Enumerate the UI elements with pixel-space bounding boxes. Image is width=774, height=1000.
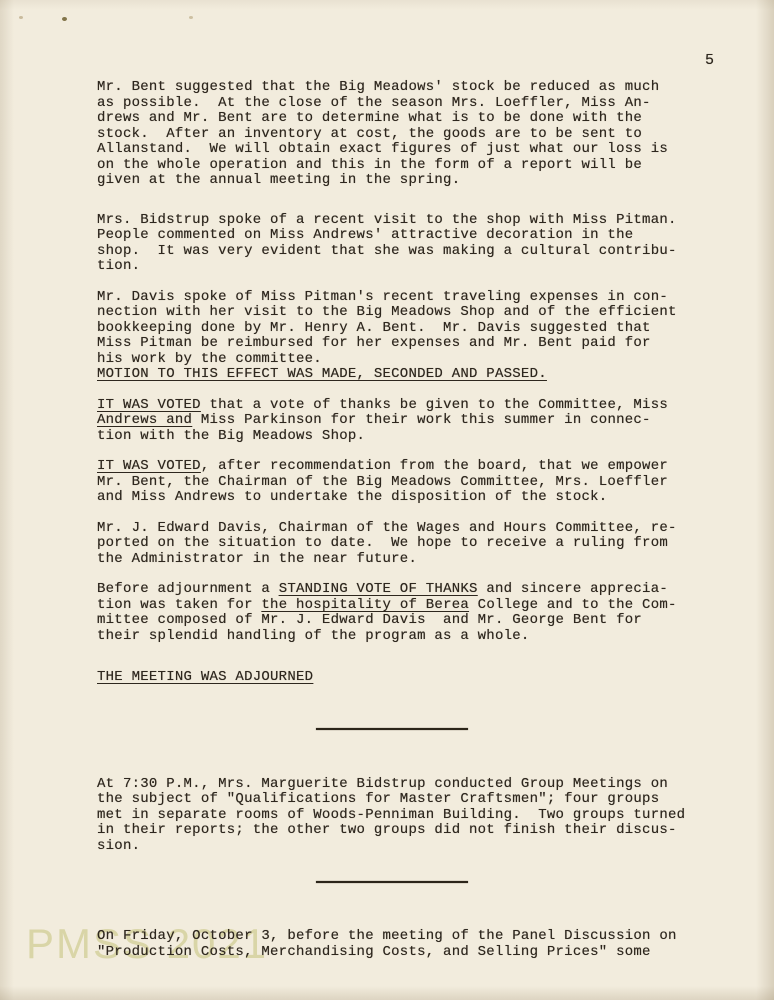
text-line: and Miss Andrews to undertake the dispos… [97, 490, 686, 506]
paragraph: Mr. J. Edward Davis, Chairman of the Wag… [97, 521, 686, 568]
page-number: 5 [705, 52, 714, 69]
text-segment: met in separate rooms of Woods-Penniman … [97, 807, 685, 823]
text-segment: ported on the situation to date. We hope… [97, 535, 668, 551]
text-block: Mr. Bent suggested that the Big Meadows'… [97, 80, 686, 960]
text-line: MOTION TO THIS EFFECT WAS MADE, SECONDED… [97, 367, 686, 383]
paragraph: Mr. Bent suggested that the Big Meadows'… [97, 80, 686, 189]
text-segment: his work by the committee. [97, 351, 322, 367]
text-segment: that a vote of thanks be given to the Co… [201, 397, 668, 413]
text-line: Mr. Bent, the Chairman of the Big Meadow… [97, 475, 686, 491]
text-segment: On Friday, October 3, before the meeting… [97, 928, 677, 944]
text-line: On Friday, October 3, before the meeting… [97, 929, 686, 945]
text-line: their splendid handling of the program a… [97, 629, 686, 645]
text-segment: Mr. Davis spoke of Miss Pitman's recent … [97, 289, 668, 305]
underlined-text: THE MEETING WAS ADJOURNED [97, 669, 313, 685]
text-segment: and sincere apprecia- [478, 581, 668, 597]
text-line: sion. [97, 839, 686, 855]
text-segment: stock. After an inventory at cost, the g… [97, 126, 642, 142]
text-line: in their reports; the other two groups d… [97, 823, 686, 839]
text-segment: Before adjournment a [97, 581, 279, 597]
text-segment: Miss Parkinson for their work this summe… [192, 412, 651, 428]
paragraph: Mrs. Bidstrup spoke of a recent visit to… [97, 213, 686, 275]
text-line: met in separate rooms of Woods-Penniman … [97, 808, 686, 824]
paragraph: On Friday, October 3, before the meeting… [97, 929, 686, 960]
text-segment: nection with her visit to the Big Meadow… [97, 304, 677, 320]
text-line: People commented on Miss Andrews' attrac… [97, 228, 686, 244]
text-segment: shop. It was very evident that she was m… [97, 243, 677, 259]
text-segment: "Production Costs, Merchandising Costs, … [97, 944, 651, 960]
text-segment: their splendid handling of the program a… [97, 628, 530, 644]
text-line: as possible. At the close of the season … [97, 96, 686, 112]
text-line: his work by the committee. [97, 352, 686, 368]
underlined-text: Andrews and [97, 412, 192, 428]
text-segment: Miss Pitman be reimbursed for her expens… [97, 335, 651, 351]
section-heading: THE MEETING WAS ADJOURNED [97, 670, 686, 686]
text-segment: At 7:30 P.M., Mrs. Marguerite Bidstrup c… [97, 776, 668, 792]
text-line: nection with her visit to the Big Meadow… [97, 305, 686, 321]
paragraph: Before adjournment a STANDING VOTE OF TH… [97, 582, 686, 644]
scan-speck [189, 16, 193, 19]
text-line: Mrs. Bidstrup spoke of a recent visit to… [97, 213, 686, 229]
text-segment: Mr. J. Edward Davis, Chairman of the Wag… [97, 520, 677, 536]
text-segment: , after recommendation from the board, t… [201, 458, 668, 474]
text-segment: tion with the Big Meadows Shop. [97, 428, 365, 444]
text-segment: College and to the Com- [469, 597, 677, 613]
text-line: Allanstand. We will obtain exact figures… [97, 142, 686, 158]
text-segment: mittee composed of Mr. J. Edward Davis a… [97, 612, 642, 628]
section-divider [316, 881, 468, 883]
text-line: Andrews and Miss Parkinson for their wor… [97, 413, 686, 429]
text-segment: drews and Mr. Bent are to determine what… [97, 110, 642, 126]
scanned-document-page: PMSS 2021 5 Mr. Bent suggested that the … [0, 0, 774, 1000]
text-segment: and Miss Andrews to undertake the dispos… [97, 489, 607, 505]
text-line: THE MEETING WAS ADJOURNED [97, 670, 686, 686]
text-line: tion with the Big Meadows Shop. [97, 429, 686, 445]
text-segment: bookkeeping done by Mr. Henry A. Bent. M… [97, 320, 651, 336]
text-segment: tion. [97, 258, 140, 274]
text-line: tion was taken for the hospitality of Be… [97, 598, 686, 614]
text-line: Miss Pitman be reimbursed for her expens… [97, 336, 686, 352]
text-segment: Allanstand. We will obtain exact figures… [97, 141, 668, 157]
text-line: stock. After an inventory at cost, the g… [97, 127, 686, 143]
text-line: ported on the situation to date. We hope… [97, 536, 686, 552]
underlined-text: IT WAS VOTED [97, 458, 201, 474]
text-line: the Administrator in the near future. [97, 552, 686, 568]
scan-speck [19, 16, 23, 19]
text-segment: given at the annual meeting in the sprin… [97, 172, 460, 188]
text-line: shop. It was very evident that she was m… [97, 244, 686, 260]
paragraph: IT WAS VOTED, after recommendation from … [97, 459, 686, 506]
section-divider [316, 728, 468, 730]
underlined-text: the hospitality of Berea [261, 597, 469, 613]
text-line: Mr. Davis spoke of Miss Pitman's recent … [97, 290, 686, 306]
text-line: given at the annual meeting in the sprin… [97, 173, 686, 189]
text-segment: sion. [97, 838, 140, 854]
text-segment: Mr. Bent suggested that the Big Meadows'… [97, 79, 659, 95]
paragraph: IT WAS VOTED that a vote of thanks be gi… [97, 398, 686, 445]
text-segment: Mrs. Bidstrup spoke of a recent visit to… [97, 212, 677, 228]
text-segment: People commented on Miss Andrews' attrac… [97, 227, 633, 243]
text-line: At 7:30 P.M., Mrs. Marguerite Bidstrup c… [97, 777, 686, 793]
text-segment: tion was taken for [97, 597, 261, 613]
text-line: mittee composed of Mr. J. Edward Davis a… [97, 613, 686, 629]
underlined-text: STANDING VOTE OF THANKS [279, 581, 478, 597]
text-line: Mr. Bent suggested that the Big Meadows'… [97, 80, 686, 96]
text-segment: on the whole operation and this in the f… [97, 157, 642, 173]
text-line: IT WAS VOTED that a vote of thanks be gi… [97, 398, 686, 414]
text-line: on the whole operation and this in the f… [97, 158, 686, 174]
text-line: tion. [97, 259, 686, 275]
text-segment: the Administrator in the near future. [97, 551, 417, 567]
text-line: bookkeeping done by Mr. Henry A. Bent. M… [97, 321, 686, 337]
underlined-text: MOTION TO THIS EFFECT WAS MADE, SECONDED… [97, 366, 547, 382]
text-line: IT WAS VOTED, after recommendation from … [97, 459, 686, 475]
paragraph: At 7:30 P.M., Mrs. Marguerite Bidstrup c… [97, 777, 686, 855]
text-line: "Production Costs, Merchandising Costs, … [97, 945, 686, 961]
text-line: the subject of "Qualifications for Maste… [97, 792, 686, 808]
underlined-text: IT WAS VOTED [97, 397, 201, 413]
text-segment: as possible. At the close of the season … [97, 95, 651, 111]
scan-speck [62, 17, 67, 21]
text-segment: Mr. Bent, the Chairman of the Big Meadow… [97, 474, 668, 490]
text-segment: in their reports; the other two groups d… [97, 822, 677, 838]
text-segment: the subject of "Qualifications for Maste… [97, 791, 659, 807]
text-line: drews and Mr. Bent are to determine what… [97, 111, 686, 127]
text-line: Before adjournment a STANDING VOTE OF TH… [97, 582, 686, 598]
text-line: Mr. J. Edward Davis, Chairman of the Wag… [97, 521, 686, 537]
paragraph: Mr. Davis spoke of Miss Pitman's recent … [97, 290, 686, 383]
